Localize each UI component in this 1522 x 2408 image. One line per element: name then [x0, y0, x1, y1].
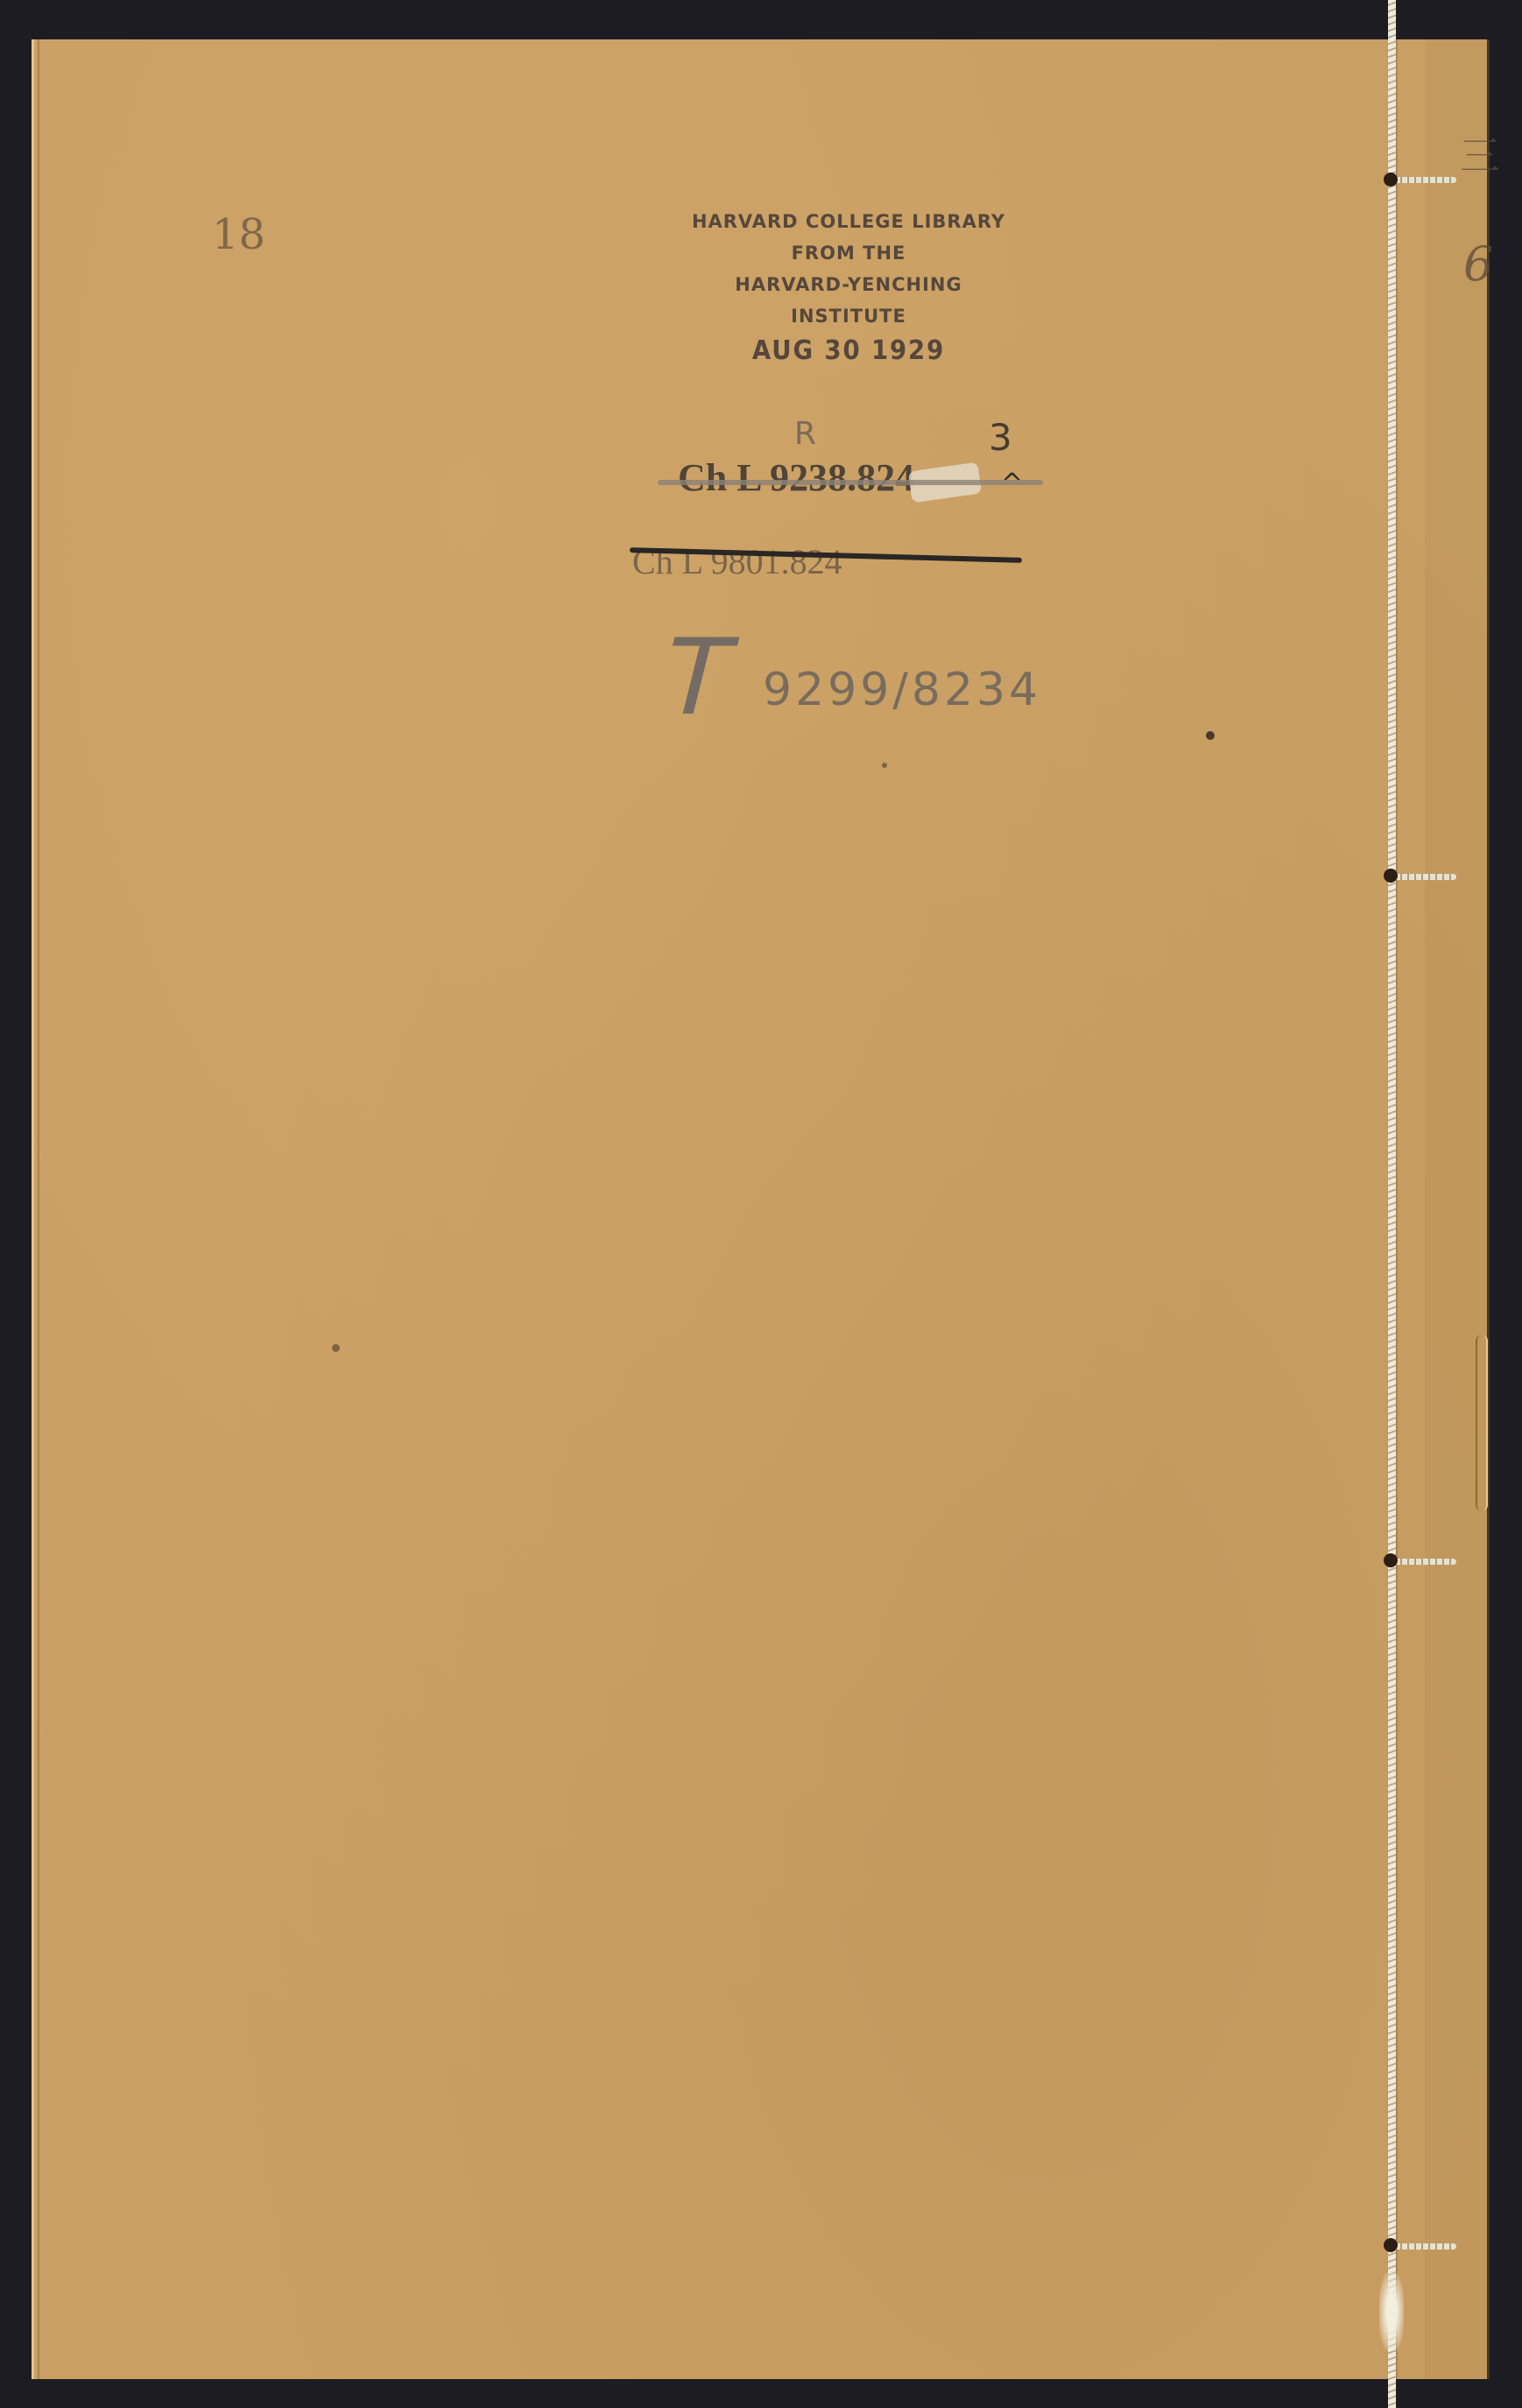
- stamp-date: AUG 30 1929: [663, 335, 1033, 367]
- stitch-hole: [1384, 1553, 1398, 1567]
- stamp-line-3: HARVARD-YENCHING: [647, 269, 1050, 300]
- binding-spine: [1425, 39, 1490, 2379]
- paper-speck: [882, 763, 887, 768]
- page-edge-fold: [1476, 1335, 1488, 1510]
- binding-stitch: [1388, 874, 1456, 880]
- strikethrough-1: [658, 480, 1043, 485]
- volume-number: 18: [212, 210, 265, 259]
- caret-mark: ^: [1001, 468, 1023, 499]
- annotation-correction: 3: [989, 416, 1012, 459]
- stamp-line-4: INSTITUTE: [647, 300, 1050, 332]
- stamp-line-2: FROM THE: [647, 237, 1050, 269]
- shelfmark-prefix: T: [652, 626, 742, 731]
- paper-speck: [1206, 731, 1215, 740]
- paper-speck: [332, 1344, 340, 1352]
- stamp-line-1: HARVARD COLLEGE LIBRARY: [647, 206, 1050, 237]
- binding-thread: [1388, 0, 1396, 2408]
- frayed-thread: [1379, 2272, 1404, 2351]
- annotation-r: R: [794, 416, 816, 452]
- stitch-hole: [1384, 2238, 1398, 2252]
- spine-chinese-numeral: 三: [1460, 136, 1498, 176]
- binding-stitch: [1388, 177, 1456, 183]
- stitch-hole: [1384, 869, 1398, 883]
- library-stamp: HARVARD COLLEGE LIBRARY FROM THE HARVARD…: [647, 206, 1050, 367]
- shelfmark-number: 9299/8234: [763, 664, 1041, 716]
- binding-stitch: [1388, 2243, 1456, 2250]
- stitch-hole: [1384, 173, 1398, 187]
- call-number-1: Ch L 9238.824: [678, 455, 914, 500]
- call-number-2: Ch L 9801.824: [632, 541, 842, 582]
- binding-stitch: [1388, 1559, 1456, 1565]
- book-cover: 18 HARVARD COLLEGE LIBRARY FROM THE HARV…: [32, 39, 1487, 2379]
- spine-volume: 6: [1463, 236, 1493, 292]
